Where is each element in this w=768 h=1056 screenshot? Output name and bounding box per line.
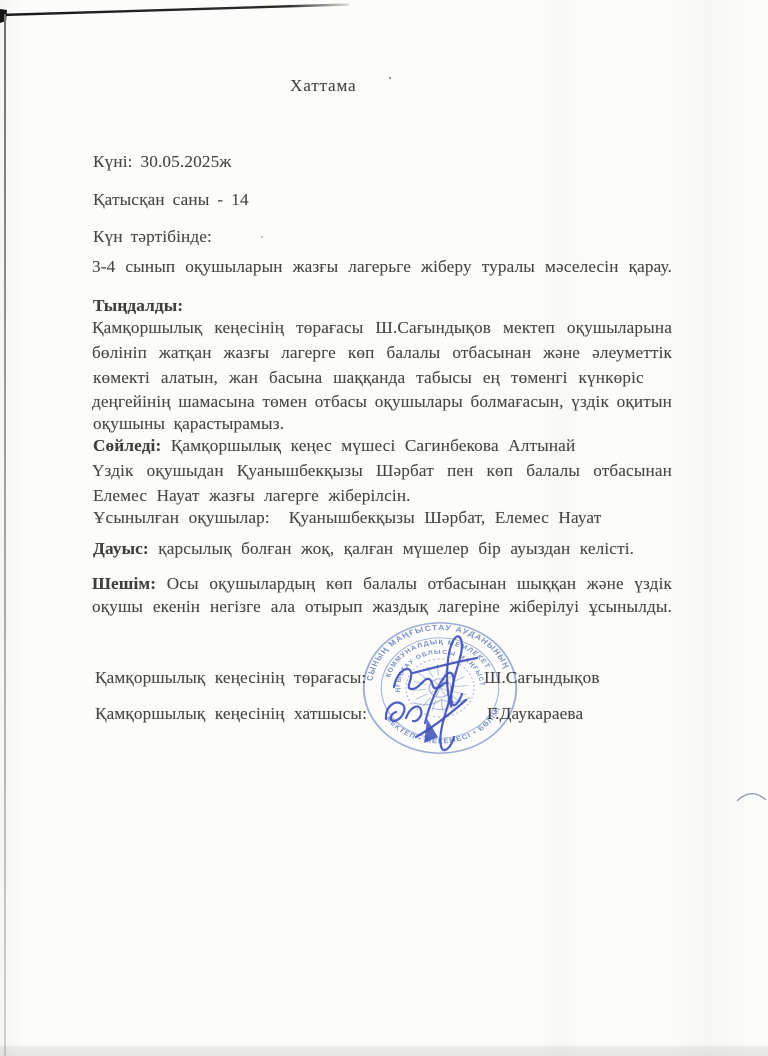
heard-line: көмекті алатын, жан басына шаққанда табы… xyxy=(93,368,644,388)
stamp-ring-text: КОММУНАЛДЫҚ МЕМЛЕКЕТ xyxy=(381,635,492,679)
spoke-label: Сөйледі: xyxy=(93,436,171,455)
decision-line: оқушы екенін негізге ала отырып жаздық л… xyxy=(92,597,672,617)
heard-line: оқушыны қарастырамыз. xyxy=(93,414,284,434)
vote-label: Дауыс: xyxy=(93,539,158,558)
proposed-names: Қуанышбекқызы Шәрбат, Елемес Науат xyxy=(289,508,602,527)
scan-bottom-shadow xyxy=(0,1046,768,1056)
pen-mark xyxy=(737,794,766,801)
date-line: Күні: 30.05.2025ж xyxy=(93,152,231,172)
state-emblem-icon xyxy=(408,662,471,714)
attendees-line: Қатысқан саны - 14 xyxy=(93,190,249,210)
paper-speck xyxy=(261,236,263,238)
signature-name-secretary: Г.Даукараева xyxy=(487,704,583,724)
vote-text: қарсылық болған жоқ, қалған мүшелер бір … xyxy=(158,539,634,558)
heard-line: бөлініп жатқан жазғы лагерге көп балалы … xyxy=(92,343,672,363)
proposed-label: Ұсынылған оқушылар: xyxy=(93,508,270,527)
scan-corner-mark xyxy=(0,9,7,23)
stamp-ring-text: МАҢҒЫСТАУ ОБЛЫСЫ МАҢҒЫСТАУ xyxy=(390,645,486,694)
vote-line: Дауыс:қарсылық болған жоқ, қалған мүшеле… xyxy=(93,539,634,559)
spoke-intro: Қамқоршылық кеңес мүшесі Сагинбекова Алт… xyxy=(171,436,576,455)
signature-role-secretary: Қамқоршылық кеңесінің хатшысы: xyxy=(95,704,367,724)
scanned-protocol-page: Хаттама Күні: 30.05.2025ж Қатысқан саны … xyxy=(0,0,768,1056)
agenda-text: 3-4 сынып оқушыларын жазғы лагерьге жібе… xyxy=(92,257,672,277)
stamp-inner-ring xyxy=(403,656,478,720)
heard-line: деңгейінің шамасына төмен отбасы оқушыла… xyxy=(92,392,672,412)
spoke-line: Елемес Науат жазғы лагерге жіберілсін. xyxy=(93,486,411,506)
paper-speck xyxy=(389,77,391,79)
spoke-line: Сөйледі:Қамқоршылық кеңес мүшесі Сагинбе… xyxy=(93,436,575,456)
signature-name-chairman: Ш.Сағындықов xyxy=(484,668,600,688)
signature-role-chairman: Қамқоршылық кеңесінің төрағасы: xyxy=(95,668,366,688)
chairman-signature xyxy=(394,636,477,706)
scan-top-edge xyxy=(0,5,349,16)
decision-text: Осы оқушылардың көп балалы отбасынан шық… xyxy=(167,574,672,593)
page-title: Хаттама xyxy=(290,76,356,96)
heard-heading: Тыңдалды: xyxy=(93,296,183,316)
spoke-line: Үздік оқушыдан Қуанышбекқызы Шәрбат пен … xyxy=(92,461,672,481)
decision-line: Шешім: Осы оқушылардың көп балалы отбасы… xyxy=(92,574,672,594)
secretary-signature xyxy=(386,673,466,750)
agenda-heading: Күн тәртібінде: xyxy=(93,227,212,247)
proposed-line: Ұсынылған оқушылар: Қуанышбекқызы Шәрбат… xyxy=(93,508,601,528)
decision-label: Шешім: xyxy=(92,574,167,593)
heard-line: Қамқоршылық кеңесінің төрағасы Ш.Сағынды… xyxy=(92,318,672,338)
